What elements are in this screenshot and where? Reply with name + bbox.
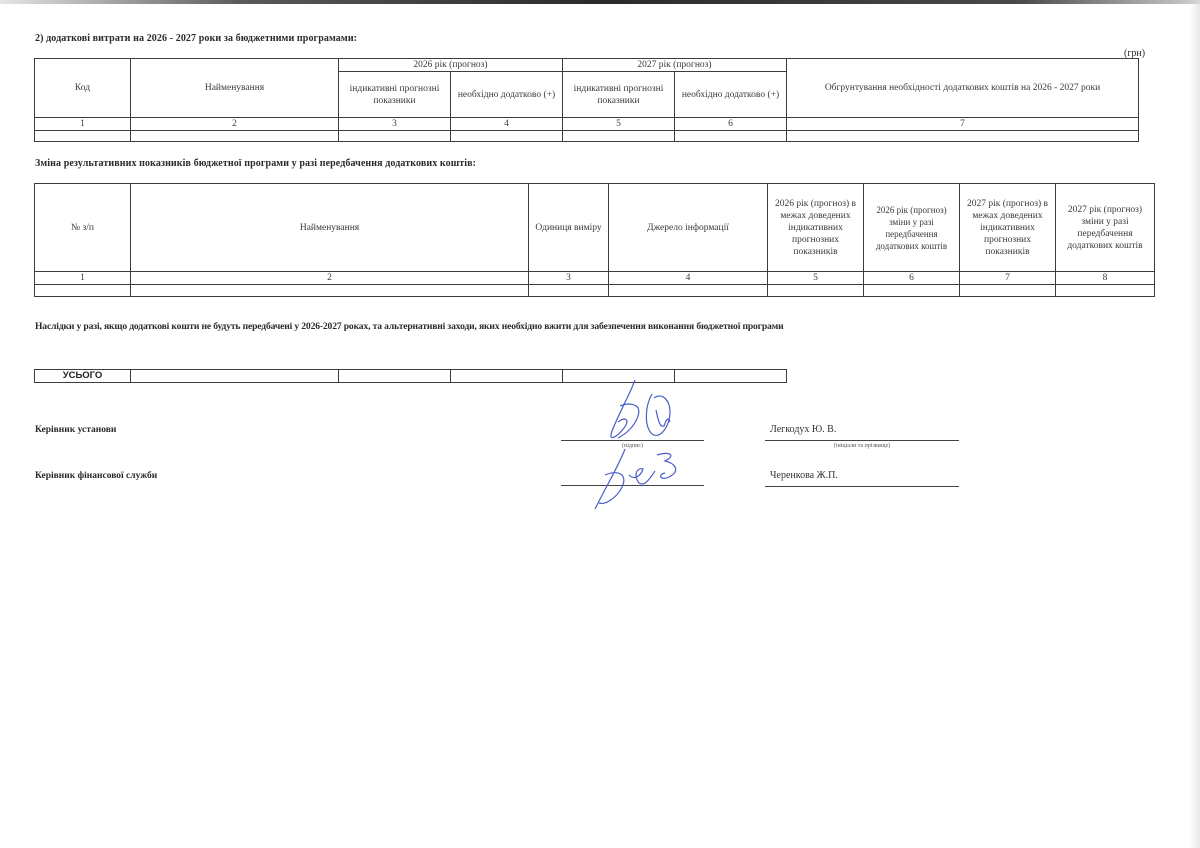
table-cell [131,131,339,142]
scan-right-edge [1190,0,1200,848]
table-cell [563,131,675,142]
column-number-row: 1 2 3 4 5 6 7 8 [35,272,1155,285]
column-number: 7 [960,272,1056,285]
header-2026-changes: 2026 рік (прогноз) зміни у разі передбач… [864,184,960,272]
table-cell [787,131,1139,142]
header-indicative-2026: індикативні прогнозні показники [339,72,451,118]
header-unit: Одиниця виміру [529,184,609,272]
header-year-2026: 2026 рік (прогноз) [339,59,563,72]
table-cell [35,131,131,142]
column-number: 1 [35,272,131,285]
header-additional-2027: необхідно додатково (+) [675,72,787,118]
total-label: УСЬОГО [35,370,131,383]
table-cell [35,285,131,297]
section-additional-costs-title: 2) додаткові витрати на 2026 - 2027 роки… [35,33,357,44]
total-cell [131,370,339,383]
table-cell [451,131,563,142]
table-cell [529,285,609,297]
head-role-label: Керівник установи [35,425,116,435]
header-year-2027: 2027 рік (прогноз) [563,59,787,72]
header-indicative-2027: індикативні прогнозні показники [563,72,675,118]
column-number: 2 [131,118,339,131]
total-cell [451,370,563,383]
column-number: 5 [563,118,675,131]
scan-top-edge [0,0,1200,4]
section-indicators-title: Зміна результативних показників бюджетно… [35,158,476,169]
indicators-table: № з/п Найменування Одиниця виміру Джерел… [34,183,1155,297]
header-2027-within: 2027 рік (прогноз) в межах доведених інд… [960,184,1056,272]
column-number: 7 [787,118,1139,131]
head-signature-ink-icon [590,376,700,456]
column-number: 2 [131,272,529,285]
table-cell [1056,285,1155,297]
table-row [35,285,1155,297]
finance-role-label: Керівник фінансової служби [35,471,157,481]
header-justification: Обгрунтування необхідності додаткових ко… [787,59,1139,118]
column-number: 6 [864,272,960,285]
table-cell [864,285,960,297]
column-number: 4 [609,272,768,285]
column-number: 3 [339,118,451,131]
column-number: 8 [1056,272,1155,285]
head-name: Легкодух Ю. В. [770,424,836,435]
column-number: 6 [675,118,787,131]
table-cell [609,285,768,297]
header-number: № з/п [35,184,131,272]
column-number: 4 [451,118,563,131]
column-number: 5 [768,272,864,285]
total-cell [339,370,451,383]
column-number-row: 1 2 3 4 5 6 7 [35,118,1139,131]
finance-name: Черенкова Ж.П. [770,470,838,481]
name-caption: (ініціали та прізвище) [765,443,959,449]
header-name: Найменування [131,184,529,272]
table-cell [675,131,787,142]
table-cell [960,285,1056,297]
finance-name-line [765,486,959,487]
additional-costs-table: Код Найменування 2026 рік (прогноз) 2027… [34,58,1139,142]
table-row [35,131,1139,142]
header-source: Джерело інформації [609,184,768,272]
table-cell [131,285,529,297]
header-code: Код [35,59,131,118]
head-name-line [765,440,959,441]
header-name: Найменування [131,59,339,118]
column-number: 1 [35,118,131,131]
table-cell [768,285,864,297]
finance-signature-ink-icon [585,445,695,520]
column-number: 3 [529,272,609,285]
header-2026-within: 2026 рік (прогноз) в межах доведених інд… [768,184,864,272]
header-2027-changes: 2027 рік (прогноз) зміни у разі передбач… [1056,184,1155,272]
consequences-text: Наслідки у разі, якщо додаткові кошти не… [35,321,783,332]
table-cell [339,131,451,142]
header-additional-2026: необхідно додатково (+) [451,72,563,118]
